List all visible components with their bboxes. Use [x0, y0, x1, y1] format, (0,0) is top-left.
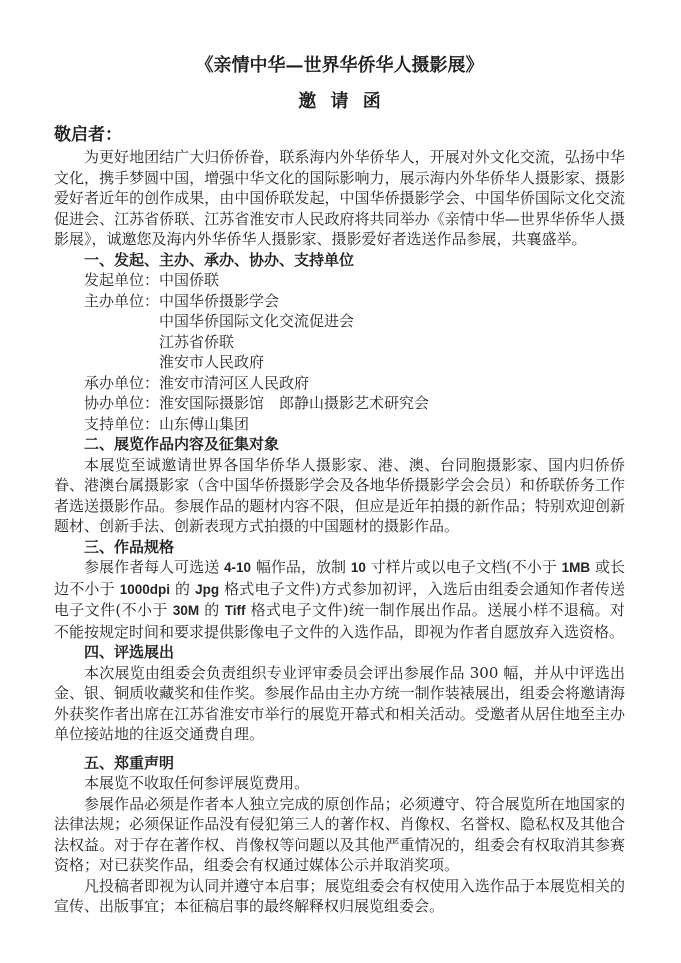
org-row-host: 主办单位： 中国华侨摄影学会 中国华侨国际文化交流促进会 江苏省侨联 淮安市人民…	[84, 291, 625, 373]
org-name: 淮安市人民政府	[159, 352, 625, 373]
section-5-paragraph-3: 凡投稿者即视为认同并遵守本启事；展览组委会有权使用入选作品于本展览相关的宣传、出…	[54, 876, 625, 917]
org-row-coorganizer: 协办单位： 淮安国际摄影馆 郎静山摄影艺术研究会	[84, 393, 625, 414]
section-4-paragraph: 本次展览由组委会负责组织专业评审委员会评出参展作品 300 幅，并从中评选出金、…	[54, 663, 625, 745]
org-name: 中国华侨摄影学会	[159, 291, 625, 312]
org-row-initiator: 发起单位： 中国侨联	[84, 270, 625, 291]
text-run-en: 1MB	[562, 560, 591, 575]
org-names-organizer: 淮安市清河区人民政府	[159, 373, 625, 394]
org-names-supporter: 山东傅山集团	[159, 414, 625, 435]
section-3-paragraph: 参展作者每人可选送 4-10 幅作品，放制 10 寸样片或以电子文档(不小于 1…	[54, 557, 625, 642]
org-name: 山东傅山集团	[159, 414, 625, 435]
document-page: 《亲情中华—世界华侨华人摄影展》 邀 请 函 敬启者： 为更好地团结广大归侨侨眷…	[0, 0, 681, 963]
org-row-supporter: 支持单位： 山东傅山集团	[84, 414, 625, 435]
org-label-organizer: 承办单位：	[84, 373, 159, 394]
section-3-heading: 三、作品规格	[54, 537, 625, 558]
doc-title: 《亲情中华—世界华侨华人摄影展》	[54, 54, 625, 78]
text-run: 幅作品，放制	[251, 558, 351, 576]
org-label-host: 主办单位：	[84, 291, 159, 373]
text-run-en: Tiff	[225, 603, 246, 618]
text-run: 参展作者每人可选送	[84, 558, 224, 576]
text-run-en: 10	[351, 560, 366, 575]
doc-subtitle: 邀 请 函	[54, 90, 625, 114]
org-names-initiator: 中国侨联	[159, 270, 625, 291]
org-label-coorganizer: 协办单位：	[84, 393, 159, 414]
org-name: 江苏省侨联	[159, 332, 625, 353]
section-5-paragraph-2: 参展作品必须是作者本人独立完成的原创作品；必须遵守、符合展览所在地国家的法律法规…	[54, 794, 625, 876]
section-2-paragraph: 本展览至诚邀请世界各国华侨华人摄影家、港、澳、台同胞摄影家、国内归侨侨眷、港澳台…	[54, 455, 625, 537]
salutation: 敬启者：	[54, 123, 625, 147]
section-5-paragraph-1: 本展览不收取任何参评展览费用。	[54, 773, 625, 794]
text-run: 的	[170, 580, 195, 598]
section-5-heading: 五、郑重声明	[54, 753, 625, 774]
text-run-en: 30M	[173, 603, 199, 618]
section-4-heading: 四、评选展出	[54, 642, 625, 663]
org-name: 淮安市清河区人民政府	[159, 373, 625, 394]
org-label-supporter: 支持单位：	[84, 414, 159, 435]
org-row-organizer: 承办单位： 淮安市清河区人民政府	[84, 373, 625, 394]
org-names-coorganizer: 淮安国际摄影馆 郎静山摄影艺术研究会	[159, 393, 625, 414]
text-run-en: 4-10	[224, 560, 251, 575]
section-1-heading: 一、发起、主办、承办、协办、支持单位	[54, 250, 625, 271]
text-run-en: Jpg	[195, 582, 219, 597]
org-name: 淮安国际摄影馆 郎静山摄影艺术研究会	[159, 393, 625, 414]
section-2-heading: 二、展览作品内容及征集对象	[54, 434, 625, 455]
text-run: 寸样片或以电子文档(不小于	[366, 558, 562, 576]
text-run-en: 1000dpi	[120, 582, 170, 597]
intro-paragraph: 为更好地团结广大归侨侨眷，联系海内外华侨华人，开展对外文化交流，弘扬中华文化，携…	[54, 147, 625, 250]
org-names-host: 中国华侨摄影学会 中国华侨国际文化交流促进会 江苏省侨联 淮安市人民政府	[159, 291, 625, 373]
org-label-initiator: 发起单位：	[84, 270, 159, 291]
org-name: 中国侨联	[159, 270, 625, 291]
org-name: 中国华侨国际文化交流促进会	[159, 311, 625, 332]
text-run: 的	[199, 601, 225, 619]
